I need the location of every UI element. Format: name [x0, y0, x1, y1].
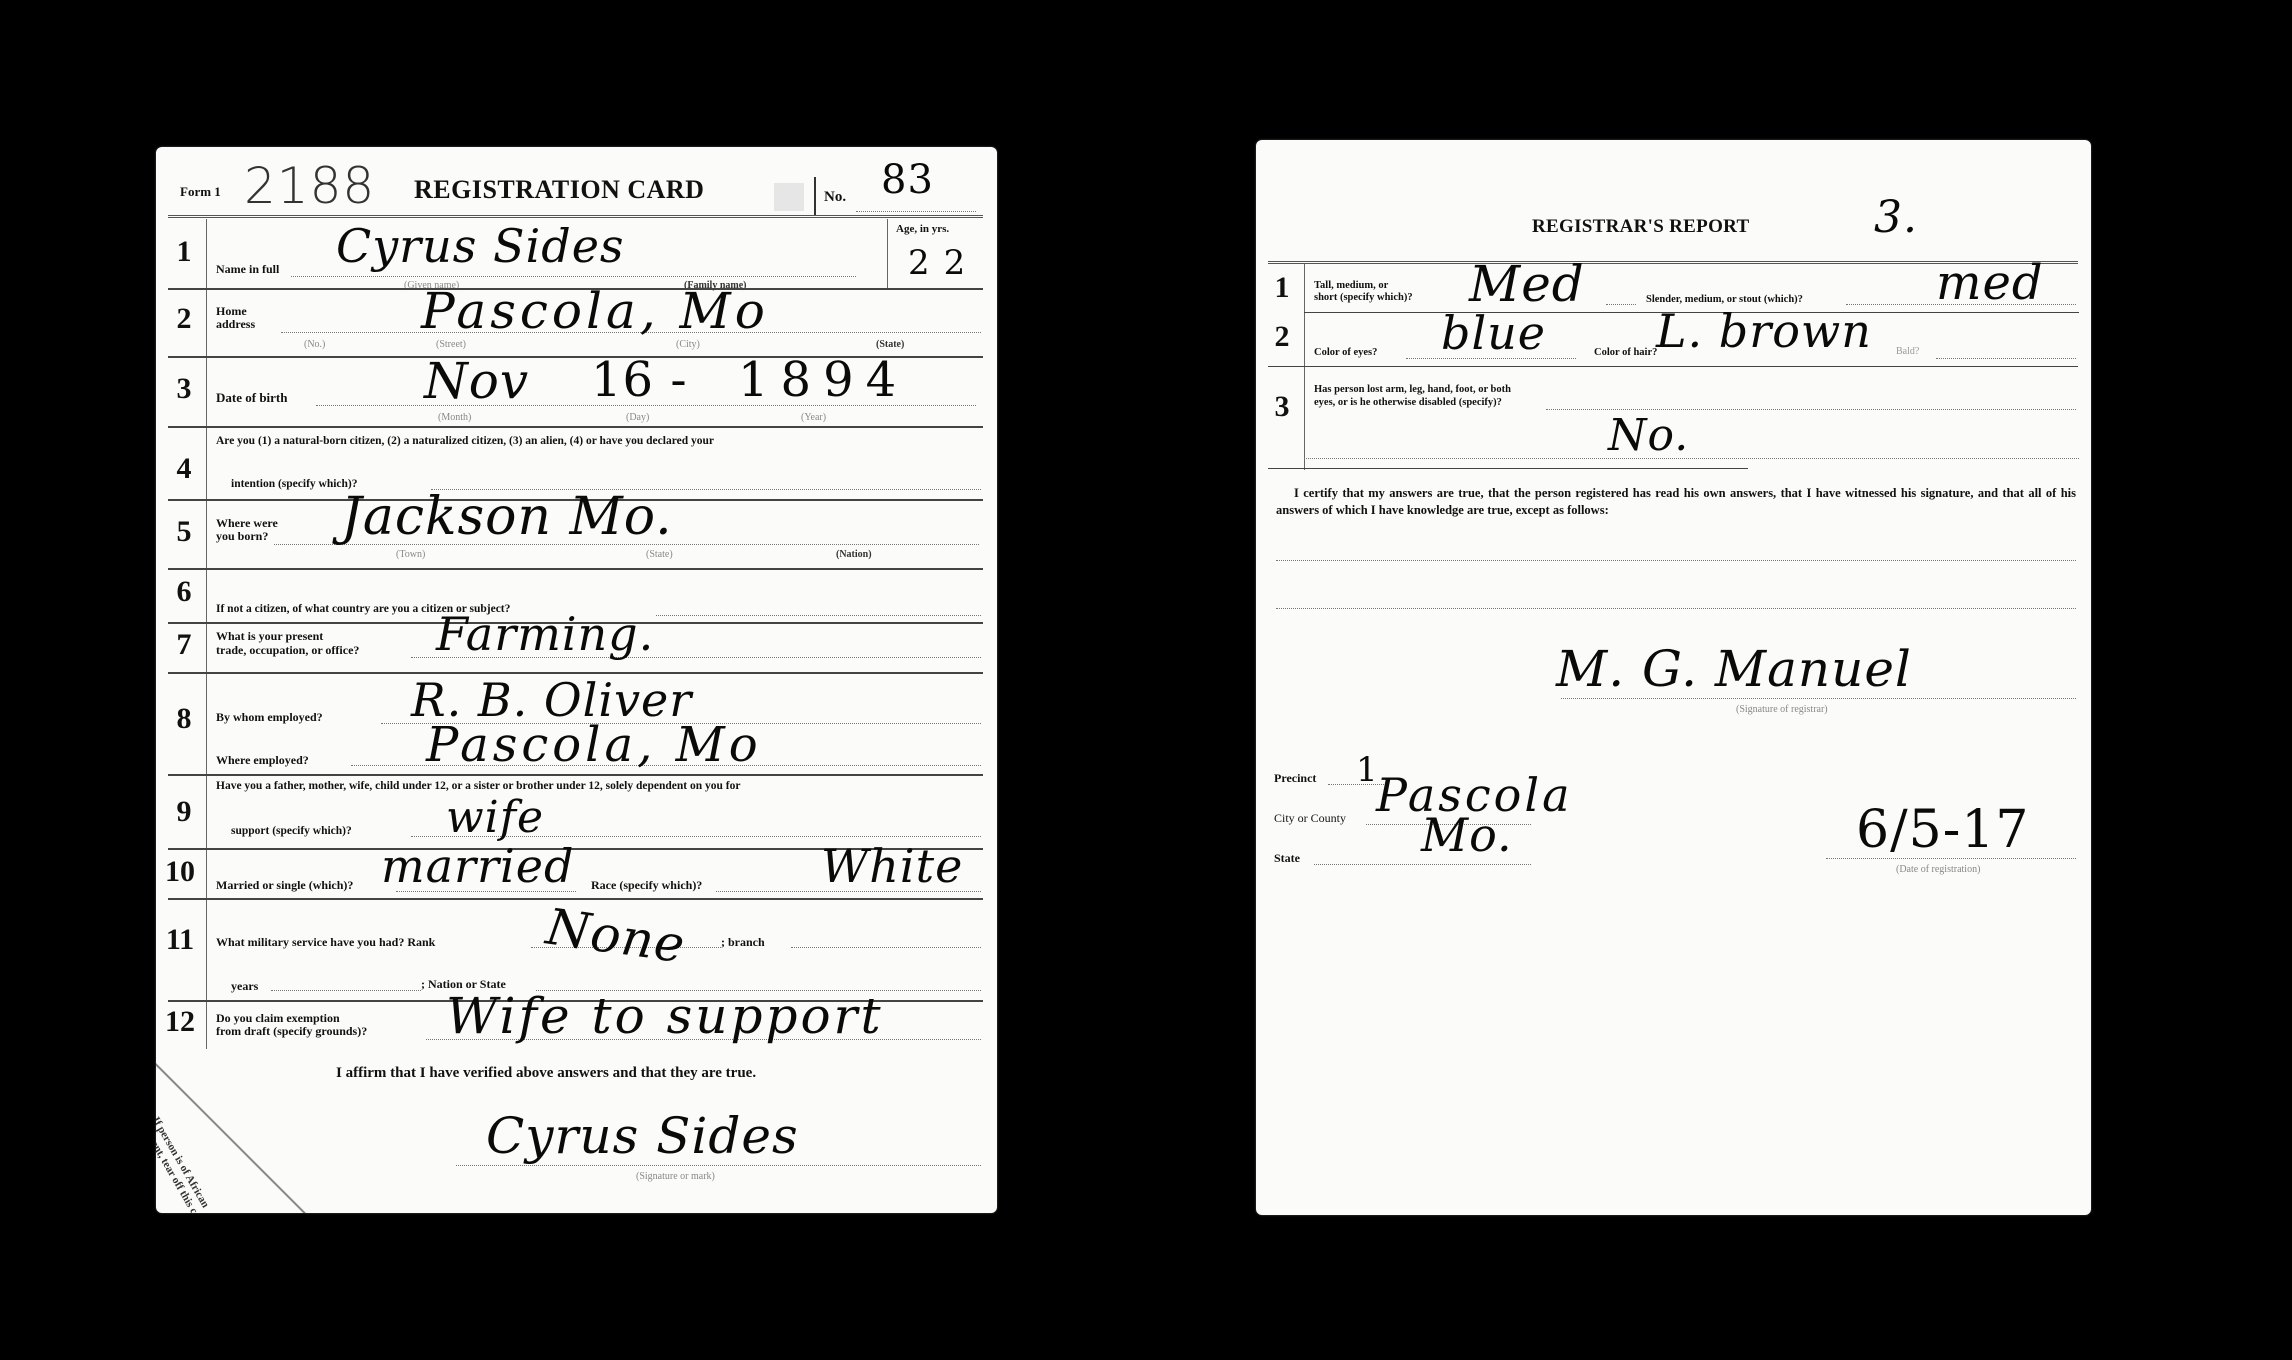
disability-value[interactable]: No. [1608, 410, 1689, 461]
row-number: 5 [164, 515, 204, 549]
branch-line [791, 947, 981, 948]
height-label-2: short (specify which)? [1314, 292, 1413, 304]
no-dotted-line [856, 211, 976, 212]
row-number: 3 [1262, 390, 1302, 424]
state-label: State [1274, 852, 1300, 865]
row-number: 2 [1262, 320, 1302, 354]
occupation-label-2: trade, occupation, or office? [216, 644, 359, 657]
dob-month[interactable]: Nov [424, 352, 529, 410]
date-caption: (Date of registration) [1896, 864, 1980, 875]
caption-town: (Town) [396, 549, 425, 560]
branch-label: ; branch [721, 936, 765, 949]
disability-question-1: Has person lost arm, leg, hand, foot, or… [1314, 384, 1511, 396]
bald-label: Bald? [1896, 346, 1919, 357]
row-number: 10 [160, 855, 200, 889]
citizen-country-line [656, 615, 981, 616]
caption-city: (City) [676, 339, 700, 350]
height-label-1: Tall, medium, or [1314, 280, 1388, 292]
card-title: REGISTRATION CARD [414, 175, 704, 205]
registrar-signature: M. G. Manuel [1556, 640, 1912, 698]
age-value[interactable]: 22 [908, 243, 979, 283]
report-title: REGISTRAR'S REPORT [1532, 216, 1749, 238]
caption-year: (Year) [801, 412, 826, 423]
row-divider [168, 426, 983, 428]
row-number-divider [1304, 264, 1305, 470]
caption-state: (State) [876, 339, 904, 350]
eye-color-value[interactable]: blue [1441, 306, 1546, 360]
occupation-label-1: What is your present [216, 630, 323, 643]
marital-value[interactable]: married [381, 839, 574, 893]
caption-day: (Day) [626, 412, 649, 423]
affirmation-text: I affirm that I have verified above answ… [336, 1065, 756, 1082]
row-number: 6 [164, 575, 204, 609]
employed-where-label: Where employed? [216, 754, 309, 767]
caption-no: (No.) [304, 339, 325, 350]
row-number: 1 [164, 235, 204, 269]
hair-color-value[interactable]: L. brown [1656, 304, 1872, 358]
caption-month: (Month) [438, 412, 471, 423]
row-divider [1268, 366, 2078, 367]
row-divider [1268, 468, 1748, 469]
military-value[interactable]: None [543, 898, 689, 975]
precinct-label: Precinct [1274, 772, 1316, 785]
dob-label: Date of birth [216, 391, 288, 404]
height-line [1606, 304, 1636, 305]
registrars-report-card: REGISTRAR'S REPORT 3. 1 Tall, medium, or… [1256, 140, 2091, 1215]
citizenship-question-2: intention (specify which)? [231, 478, 358, 491]
form-label: Form 1 [180, 184, 221, 200]
signature-line [456, 1165, 981, 1166]
row-number: 9 [164, 795, 204, 829]
date-line [1826, 858, 2076, 859]
employer-label: By whom employed? [216, 711, 323, 724]
birthplace-label-2: you born? [216, 530, 268, 543]
card-number: 83 [881, 157, 934, 203]
row-number: 7 [164, 628, 204, 662]
marital-label: Married or single (which)? [216, 879, 353, 892]
row-number-divider [206, 219, 207, 1049]
eye-color-label: Color of eyes? [1314, 346, 1377, 359]
form-number: 2188 [244, 157, 375, 215]
exemption-value[interactable]: Wife to support [446, 987, 884, 1045]
name-label: Name in full [216, 263, 279, 276]
caption-street: (Street) [436, 339, 466, 350]
home-address-value[interactable]: Pascola, Mo [421, 282, 769, 340]
row-number: 11 [160, 923, 200, 957]
row-divider [168, 898, 983, 900]
signature-caption: (Signature or mark) [636, 1171, 715, 1182]
name-value[interactable]: Cyrus Sides [336, 219, 625, 273]
disability-line-2 [1304, 458, 2079, 459]
registrant-signature: Cyrus Sides [486, 1107, 799, 1165]
registration-date[interactable]: 6/5-17 [1856, 800, 2029, 860]
state-line [1314, 864, 1531, 865]
height-value[interactable]: Med [1469, 255, 1585, 313]
years-line [271, 990, 421, 991]
row-number: 1 [1262, 271, 1302, 305]
age-label: Age, in yrs. [896, 223, 949, 235]
registrar-signature-line [1561, 698, 2076, 699]
registration-card: Form 1 2188 REGISTRATION CARD No. 83 1 N… [156, 147, 997, 1213]
row-number: 12 [160, 1005, 200, 1039]
report-number: 3. [1874, 192, 1918, 243]
age-divider [887, 219, 888, 289]
military-rank-label: What military service have you had? Rank [216, 936, 435, 949]
employed-where-value[interactable]: Pascola, Mo [426, 717, 762, 773]
disability-question-2: eyes, or is he otherwise disabled (speci… [1314, 397, 1502, 409]
city-county-label: City or County [1274, 812, 1346, 825]
exception-line-2 [1276, 608, 2076, 609]
dob-day[interactable]: 16 - [591, 352, 688, 408]
bald-line [1936, 358, 2076, 359]
years-label: years [231, 980, 258, 993]
dependents-value[interactable]: wife [446, 792, 544, 843]
race-value[interactable]: White [821, 839, 963, 893]
row-divider [168, 774, 983, 776]
exception-line-1 [1276, 560, 2076, 561]
dependents-question-2: support (specify which)? [231, 825, 352, 838]
caption-nation: (Nation) [836, 549, 872, 560]
no-label: No. [824, 189, 846, 206]
header-divider [814, 177, 816, 215]
caption-state: (State) [646, 549, 673, 560]
exemption-label-2: from draft (specify grounds)? [216, 1025, 367, 1038]
row-number: 8 [164, 702, 204, 736]
stamp-mark [774, 183, 804, 211]
row-number: 3 [164, 372, 204, 406]
name-line [291, 276, 856, 277]
birthplace-value[interactable]: Jackson Mo. [341, 487, 673, 547]
registrar-signature-caption: (Signature of registrar) [1736, 704, 1828, 715]
dob-year[interactable]: 1894 [738, 352, 908, 408]
occupation-value[interactable]: Farming. [436, 607, 654, 661]
race-label: Race (specify which)? [591, 879, 702, 892]
build-value[interactable]: med [1936, 255, 2044, 311]
tear-off-corner: If person is of African descent, tear of… [156, 1063, 306, 1213]
row-number: 4 [164, 452, 204, 486]
hair-color-label: Color of hair? [1594, 346, 1657, 359]
row-number: 2 [164, 302, 204, 336]
citizenship-question: Are you (1) a natural-born citizen, (2) … [216, 435, 714, 448]
home-address-label-2: address [216, 318, 255, 331]
certification-text: I certify that my answers are true, that… [1276, 485, 2076, 519]
state-value[interactable]: Mo. [1421, 808, 1513, 862]
row-divider [168, 568, 983, 570]
header-rule [168, 215, 983, 218]
